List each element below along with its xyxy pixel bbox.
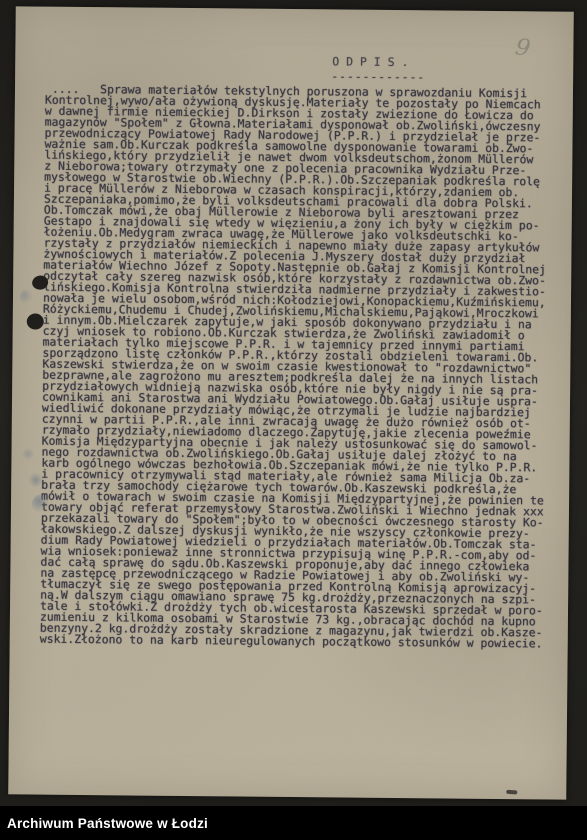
title-underline: ------------ bbox=[331, 69, 425, 84]
edge-speck bbox=[506, 790, 517, 795]
archive-watermark-bar: Archiwum Państwowe w Łodzi bbox=[0, 806, 587, 840]
document-title: O D P I S . bbox=[332, 54, 408, 69]
ink-smudge bbox=[21, 447, 34, 460]
scan-background: 9 O D P I S . ------------ .... Sprawa m… bbox=[0, 0, 587, 806]
document-body-text: .... Sprawa materiałów tekstylnych porus… bbox=[40, 84, 557, 650]
scanned-document-page: 9 O D P I S . ------------ .... Sprawa m… bbox=[8, 6, 574, 799]
ink-smudge bbox=[20, 289, 32, 304]
handwritten-page-number: 9 bbox=[513, 34, 532, 62]
archive-name-label: Archiwum Państwowe w Łodzi bbox=[0, 816, 208, 831]
hole-punch-mark bbox=[27, 313, 44, 329]
